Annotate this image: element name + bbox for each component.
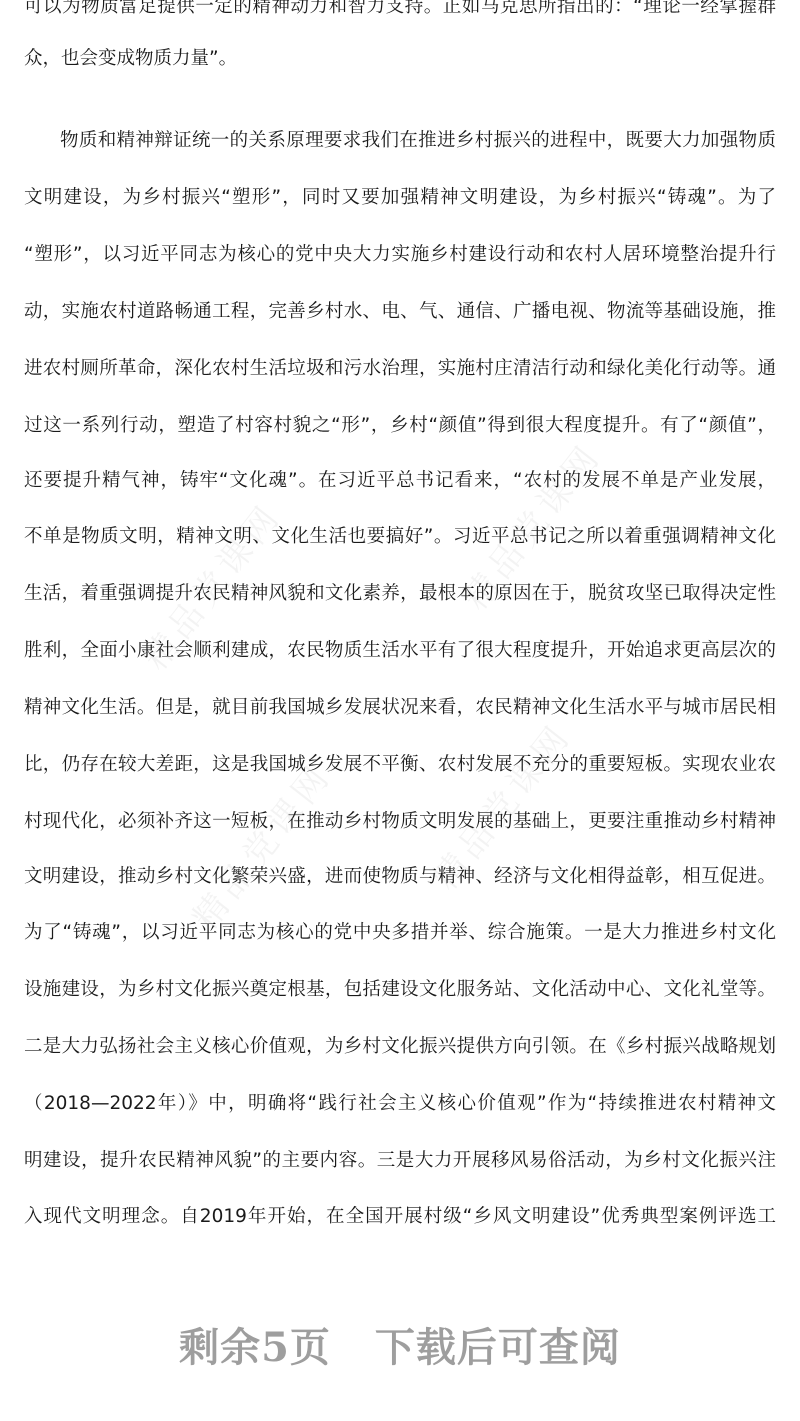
- paragraph-first-line: 物质和精神辩证统一的关系原理要求我们在推进乡村振兴的进程中，既要大力加强物质: [60, 126, 776, 156]
- text-line: 为了“铸魂”，以习近平同志为核心的党中央多措并举、综合施策。一是大力推进乡村文化: [24, 918, 776, 948]
- text-line: 可以为物质富足提供一定的精神动力和智力支持。正如马克思所指出的：“理论一经掌握群: [24, 0, 776, 22]
- text-line: 文明建设，为乡村振兴“塑形”，同时又要加强精神文明建设，为乡村振兴“铸魂”。为了: [24, 183, 776, 213]
- text-line: 胜利，全面小康社会顺利建成，农民物质生活水平有了很大程度提升，开始追求更高层次的: [24, 636, 776, 666]
- text-line: 动，实施农村道路畅通工程，完善乡村水、电、气、通信、广播电视、物流等基础设施，推: [24, 297, 776, 327]
- text-line: 二是大力弘扬社会主义核心价值观，为乡村文化振兴提供方向引领。在《乡村振兴战略规划: [24, 1032, 776, 1062]
- download-hint-label[interactable]: 下载后可查阅: [375, 1316, 621, 1373]
- document-page: 精品党课网精品党课网精品党课网精品党课网 可以为物质富足提供一定的精神动力和智力…: [0, 0, 800, 1421]
- text-line: 进农村厕所革命，深化农村生活垃圾和污水治理，实施村庄清洁行动和绿化美化行动等。通: [24, 354, 776, 384]
- text-line: 文明建设，推动乡村文化繁荣兴盛，进而使物质与精神、经济与文化相得益彰，相互促进。: [24, 862, 776, 892]
- text-line: 精神文化生活。但是，就目前我国城乡发展状况来看，农民精神文化生活水平与城市居民相: [24, 693, 776, 723]
- text-line: 还要提升精气神，铸牢“文化魂”。在习近平总书记看来，“农村的发展不单是产业发展，: [24, 466, 776, 496]
- text-line: “塑形”，以习近平同志为核心的党中央大力实施乡村建设行动和农村人居环境整治提升行: [24, 240, 776, 270]
- text-line: 众，也会变成物质力量”。: [24, 44, 776, 74]
- remaining-pages-label[interactable]: 剩余5页: [179, 1316, 331, 1373]
- text-line: （2018—2022年）》中，明确将“践行社会主义核心价值观”作为“持续推进农村…: [24, 1089, 776, 1119]
- text-line: 比，仍存在较大差距，这是我国城乡发展不平衡、农村发展不充分的重要短板。实现农业农: [24, 750, 776, 780]
- text-line: 不单是物质文明，精神文明、文化生活也要搞好”。习近平总书记之所以着重强调精神文化: [24, 522, 776, 552]
- text-line: 入现代文明理念。自2019年开始，在全国开展村级“乡风文明建设”优秀典型案例评选…: [24, 1202, 776, 1232]
- text-line: 明建设，提升农民精神风貌”的主要内容。三是大力开展移风易俗活动，为乡村文化振兴注: [24, 1146, 776, 1176]
- text-line: 村现代化，必须补齐这一短板，在推动乡村物质文明发展的基础上，更要注重推动乡村精神: [24, 807, 776, 837]
- text-line: 设施建设，为乡村文化振兴奠定根基，包括建设文化服务站、文化活动中心、文化礼堂等。: [24, 975, 776, 1005]
- download-prompt[interactable]: 剩余5页 下载后可查阅: [0, 1316, 800, 1372]
- text-line: 生活，着重强调提升农民精神风貌和文化素养，最根本的原因在于，脱贫攻坚已取得决定性: [24, 579, 776, 609]
- text-line: 过这一系列行动，塑造了村容村貌之“形”，乡村“颜值”得到很大程度提升。有了“颜值…: [24, 411, 776, 441]
